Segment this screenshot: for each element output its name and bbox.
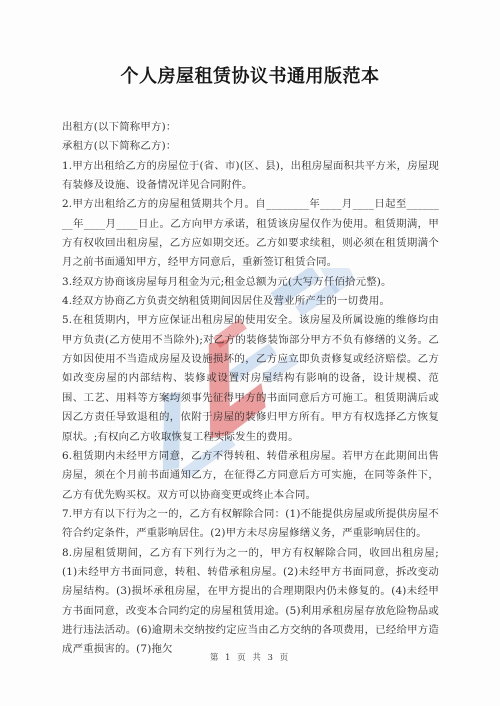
document-page: 个人房屋租赁协议书通用版范本 出租方(以下简称甲方)：承租方(以下简称乙方)：1… <box>0 0 500 706</box>
paragraph: 6.租赁期内未经甲方同意，乙方不得转租、转借承租房屋。若甲方在此期间出售房屋，须… <box>62 447 439 505</box>
document-body: 出租方(以下简称甲方)：承租方(以下简称乙方)：1.甲方出租给乙方的房屋位于(省… <box>62 118 439 660</box>
page-number: 第 1 页 共 3 页 <box>0 651 500 663</box>
paragraph: 2.甲方出租给乙方的房屋租赁期共个月。自________年____月____日起… <box>62 195 439 272</box>
paragraph: 7.甲方有以下行为之一的，乙方有权解除合同：(1)不能提供房屋或所提供房屋不符合… <box>62 505 439 544</box>
paragraph: 3.经双方协商该房屋每月租金为元;租金总额为元(大写万仟佰拾元整)。 <box>62 273 439 292</box>
paragraph: 5.在租赁期内，甲方应保证出租房屋的使用安全。该房屋及所属设施的维修均由甲方负责… <box>62 311 439 446</box>
document-title: 个人房屋租赁协议书通用版范本 <box>0 62 500 88</box>
paragraph: 承租方(以下简称乙方)： <box>62 137 439 156</box>
paragraph: 出租方(以下简称甲方)： <box>62 118 439 137</box>
paragraph: 8.房屋租赁期间，乙方有下列行为之一的，甲方有权解除合同，收回出租房屋;(1)未… <box>62 544 439 660</box>
paragraph: 1.甲方出租给乙方的房屋位于(省、市)(区、县)，出租房屋面积共平方米，房屋现有… <box>62 157 439 196</box>
paragraph: 4.经双方协商乙方负责交纳租赁期间因居住及营业所产生的一切费用。 <box>62 292 439 311</box>
